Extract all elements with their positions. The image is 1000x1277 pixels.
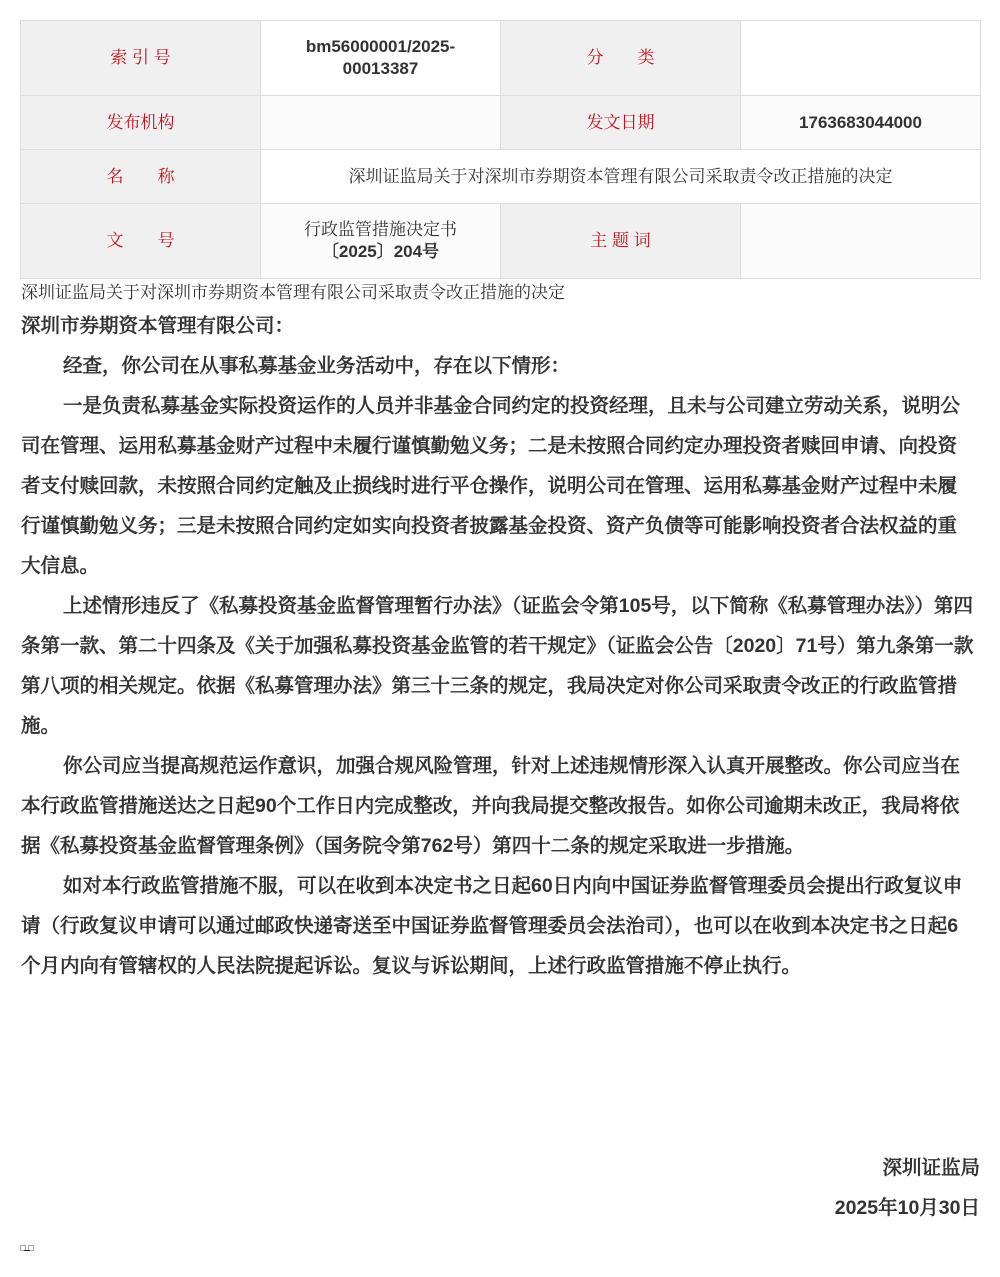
meta-row-docno: 文 号 行政监管措施决定书 〔2025〕204号 主 题 词 <box>21 204 981 279</box>
docno-value: 行政监管措施决定书 〔2025〕204号 <box>261 204 501 279</box>
docno-label: 文 号 <box>21 204 261 279</box>
category-label: 分 类 <box>501 21 741 96</box>
document-metadata-table: 索 引 号 bm56000001/2025-00013387 分 类 发布机构 … <box>20 20 981 279</box>
index-label: 索 引 号 <box>21 21 261 96</box>
issuer-label: 发布机构 <box>21 96 261 150</box>
paragraph: 如对本行政监管措施不服，可以在收到本决定书之日起60日内向中国证券监督管理委员会… <box>21 866 976 986</box>
meta-row-name: 名 称 深圳证监局关于对深圳市券期资本管理有限公司采取责令改正措施的决定 <box>21 150 981 204</box>
paragraph: 一是负责私募基金实际投资运作的人员并非基金合同约定的投资经理，且未与公司建立劳动… <box>21 386 976 586</box>
document-body: 深圳市券期资本管理有限公司： 经查，你公司在从事私募基金业务活动中，存在以下情形… <box>21 306 976 986</box>
document-title: 深圳证监局关于对深圳市券期资本管理有限公司采取责令改正措施的决定 <box>21 282 565 304</box>
keywords-value <box>741 204 981 279</box>
name-value: 深圳证监局关于对深圳市券期资本管理有限公司采取责令改正措施的决定 <box>261 150 981 204</box>
docno-value-line2: 〔2025〕204号 <box>271 241 490 263</box>
name-label: 名 称 <box>21 150 261 204</box>
signature-date: 2025年10月30日 <box>835 1188 980 1228</box>
broken-image-icon[interactable] <box>20 1245 34 1251</box>
index-value: bm56000001/2025-00013387 <box>261 21 501 96</box>
meta-row-index: 索 引 号 bm56000001/2025-00013387 分 类 <box>21 21 981 96</box>
addressee: 深圳市券期资本管理有限公司： <box>21 306 976 346</box>
signature-block: 深圳证监局 2025年10月30日 <box>835 1148 980 1228</box>
keywords-label: 主 题 词 <box>501 204 741 279</box>
paragraph: 上述情形违反了《私募投资基金监督管理暂行办法》（证监会令第105号，以下简称《私… <box>21 586 976 746</box>
paragraph: 经查，你公司在从事私募基金业务活动中，存在以下情形： <box>21 346 976 386</box>
date-label: 发文日期 <box>501 96 741 150</box>
paragraph: 你公司应当提高规范运作意识，加强合规风险管理，针对上述违规情形深入认真开展整改。… <box>21 746 976 866</box>
signature-org: 深圳证监局 <box>835 1148 980 1188</box>
docno-value-line1: 行政监管措施决定书 <box>271 219 490 241</box>
meta-row-issuer: 发布机构 发文日期 1763683044000 <box>21 96 981 150</box>
category-value <box>741 21 981 96</box>
link-underline <box>24 1250 30 1251</box>
issuer-value <box>261 96 501 150</box>
date-value: 1763683044000 <box>741 96 981 150</box>
